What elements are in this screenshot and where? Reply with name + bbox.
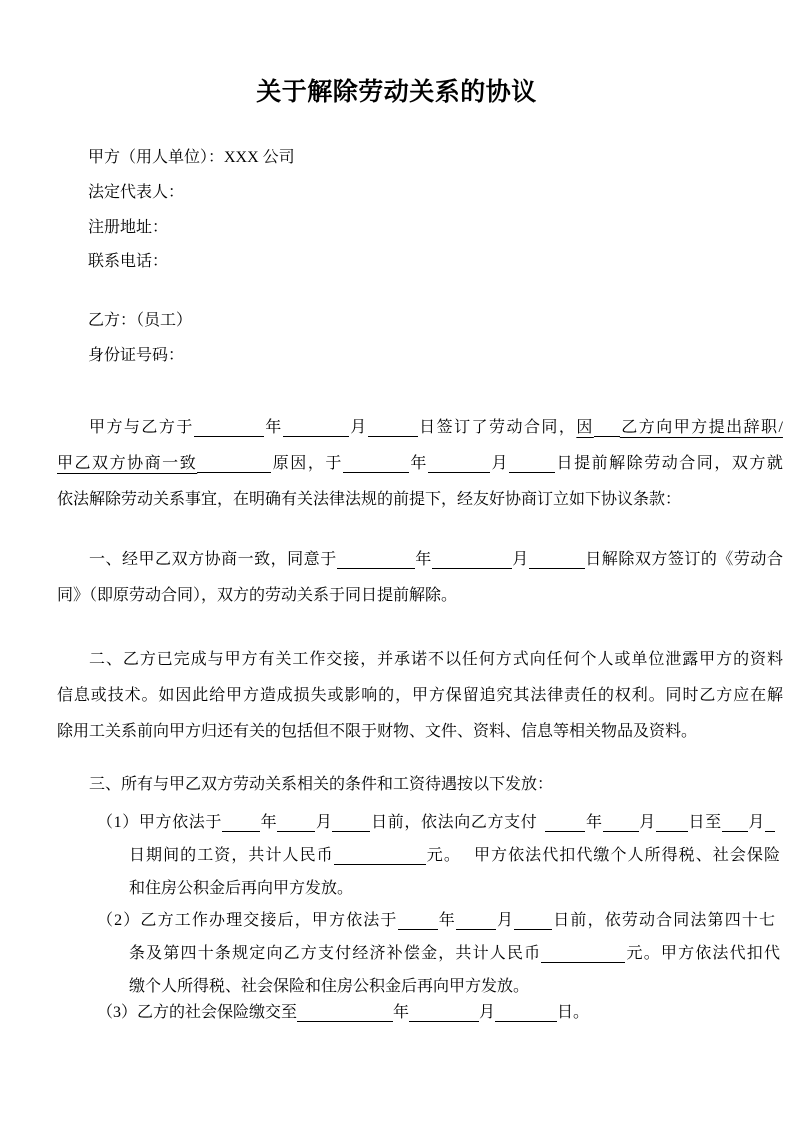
blank-field: [398, 929, 438, 930]
text-segment: 月: [479, 1004, 495, 1021]
blank-field: [368, 436, 418, 437]
text-segment: 年: [409, 455, 428, 472]
text-segment: 日签订了劳动合同，: [418, 419, 577, 436]
text-segment: 缴个人所得税、社会保险和住房公积金后再向甲方发放。: [129, 978, 529, 995]
clause-3-heading: 三、所有与甲乙双方劳动关系相关的条件和工资待遇按以下发放：: [89, 774, 553, 796]
text-segment: 日前，依劳动合同法第四十七: [552, 912, 775, 929]
clause-2-line-3: 除用工关系前向甲方归还有关的包括但不限于财物、文件、资料、信息等相关物品及资料。: [57, 721, 697, 743]
text-segment: 信息或技术。如因此给甲方造成损失或影响的，甲方保留追究其法律责任的权利。同时乙方…: [57, 687, 783, 704]
text-segment: 身份证号码：: [88, 347, 184, 364]
text-segment: 条及第四十条规定向乙方支付经济补偿金，共计人民币: [129, 945, 541, 962]
blank-field: [765, 831, 775, 832]
blank-field: [343, 472, 409, 473]
party-b-label: 乙方：（员工）: [88, 310, 192, 332]
blank-field: [656, 831, 688, 832]
text-segment: 月: [512, 551, 529, 568]
intro-line-2: 甲乙双方协商一致原因，于年月日提前解除劳动合同，双方就: [57, 453, 783, 475]
blank-field: [222, 831, 260, 832]
text-segment: 甲乙双方协商一致: [57, 455, 197, 472]
text-segment: 年: [260, 814, 277, 831]
doc-title: 关于解除劳动关系的协议: [0, 78, 793, 108]
clause-3-item-2-line-1: （2）乙方工作办理交接后，甲方依法于年月日前，依劳动合同法第四十七: [97, 910, 775, 932]
text-segment: 月: [748, 814, 765, 831]
blank-field: [337, 568, 415, 569]
text-segment: 和住房公积金后再向甲方发放。: [129, 880, 353, 897]
text-segment: 月: [349, 419, 368, 436]
text-segment: 法定代表人：: [88, 184, 184, 201]
blank-field: [603, 831, 639, 832]
blank-field: [514, 929, 552, 930]
blank-field: [541, 962, 625, 963]
text-segment: 乙方向甲方提出辞职/: [620, 419, 783, 436]
text-segment: 元。: [426, 847, 461, 864]
blank-field: [428, 472, 490, 473]
text-segment: 月: [490, 455, 509, 472]
text-segment: 除用工关系前向甲方归还有关的包括但不限于财物、文件、资料、信息等相关物品及资料。: [57, 723, 697, 740]
text-segment: （2）乙方工作办理交接后，甲方依法于: [97, 912, 398, 929]
party-a-phone: 联系电话：: [88, 251, 168, 273]
party-a-address: 注册地址：: [88, 217, 168, 239]
blank-field: [456, 929, 496, 930]
text-segment: 二、乙方已完成与甲方有关工作交接，并承诺不以任何方式向任何个人或单位泄露甲方的资…: [89, 651, 783, 668]
blank-field: [432, 568, 512, 569]
text-segment: 日至: [688, 814, 722, 831]
text-segment: 月: [639, 814, 656, 831]
document-page: 关于解除劳动关系的协议 甲方（用人单位）：XXX 公司法定代表人：注册地址：联系…: [0, 0, 793, 1122]
text-segment: 日解除双方签订的《劳动合: [585, 551, 783, 568]
text-segment: 日期间的工资，共计人民币: [129, 847, 334, 864]
blank-field: [529, 568, 585, 569]
blank-field: [332, 831, 370, 832]
clause-1-line-2: 同》（即原劳动合同），双方的劳动关系于同日提前解除。: [57, 585, 457, 607]
text-segment: 月: [315, 814, 332, 831]
blank-field: [277, 831, 315, 832]
blank-field: [495, 1021, 557, 1022]
spacer: [461, 859, 473, 860]
blank-field: [509, 472, 555, 473]
text-segment: （3）乙方的社会保险缴交至: [97, 1004, 297, 1021]
text-segment: 因: [576, 419, 593, 436]
intro-line-3: 依法解除劳动关系事宜，在明确有关法律法规的前提下，经友好协商订立如下协议条款：: [57, 489, 681, 511]
clause-2-line-1: 二、乙方已完成与甲方有关工作交接，并承诺不以任何方式向任何个人或单位泄露甲方的资…: [89, 649, 783, 671]
party-a-representative: 法定代表人：: [88, 182, 184, 204]
clause-3-item-1-line-1: （1）甲方依法于年月日前，依法向乙方支付年月日至月: [97, 812, 775, 834]
text-segment: 年: [585, 814, 602, 831]
blank-field: [194, 436, 264, 437]
text-segment: 年: [264, 419, 283, 436]
text-segment: 月: [496, 912, 514, 929]
blank-field: [334, 864, 426, 865]
party-a-company: 甲方（用人单位）：XXX 公司: [88, 147, 295, 169]
intro-line-1: 甲方与乙方于年月日签订了劳动合同，因乙方向甲方提出辞职/: [89, 417, 783, 439]
clause-3-item-3: （3）乙方的社会保险缴交至年月日。: [97, 1002, 589, 1024]
clause-3-item-1-line-2: 日期间的工资，共计人民币元。甲方依法代扣代缴个人所得税、社会保险: [129, 845, 780, 867]
text-segment: 同》（即原劳动合同），双方的劳动关系于同日提前解除。: [57, 587, 457, 604]
text-segment: 年: [415, 551, 432, 568]
blank-field: [283, 436, 349, 437]
text-segment: 日提前解除劳动合同，双方就: [555, 455, 783, 472]
text-segment: 年: [438, 912, 456, 929]
text-segment: 甲方依法代扣代缴个人所得税、社会保险: [473, 847, 780, 864]
blank-field: [594, 436, 620, 437]
text-segment: 甲方（用人单位）：XXX 公司: [88, 149, 295, 166]
spacer: [537, 826, 545, 827]
text-segment: （1）甲方依法于: [97, 814, 222, 831]
clause-3-item-1-line-3: 和住房公积金后再向甲方发放。: [129, 878, 353, 900]
blank-field: [409, 1021, 479, 1022]
text-segment: 依法解除劳动关系事宜，在明确有关法律法规的前提下，经友好协商订立如下协议条款：: [57, 491, 681, 508]
clause-3-item-2-line-3: 缴个人所得税、社会保险和住房公积金后再向甲方发放。: [129, 976, 529, 998]
text-segment: 联系电话：: [88, 253, 168, 270]
clause-2-line-2: 信息或技术。如因此给甲方造成损失或影响的，甲方保留追究其法律责任的权利。同时乙方…: [57, 685, 783, 707]
text-segment: 一、经甲乙双方协商一致，同意于: [89, 551, 337, 568]
text-segment: 日。: [557, 1004, 589, 1021]
text-segment: 乙方：（员工）: [88, 312, 192, 329]
blank-field: [722, 831, 748, 832]
clause-1-line-1: 一、经甲乙双方协商一致，同意于年月日解除双方签订的《劳动合: [89, 549, 783, 571]
clause-3-item-2-line-2: 条及第四十条规定向乙方支付经济补偿金，共计人民币元。甲方依法代扣代: [129, 943, 780, 965]
text-segment: 年: [393, 1004, 409, 1021]
text-segment: 日前，依法向乙方支付: [370, 814, 537, 831]
blank-field: [197, 472, 271, 473]
text-segment: 元。甲方依法代扣代: [625, 945, 780, 962]
text-segment: 三、所有与甲乙双方劳动关系相关的条件和工资待遇按以下发放：: [89, 776, 553, 793]
text-segment: 甲方与乙方于: [89, 419, 194, 436]
party-b-id-number: 身份证号码：: [88, 345, 184, 367]
text-segment: 原因，于: [271, 455, 343, 472]
blank-field: [297, 1021, 393, 1022]
blank-field: [545, 831, 585, 832]
text-segment: 注册地址：: [88, 219, 168, 236]
